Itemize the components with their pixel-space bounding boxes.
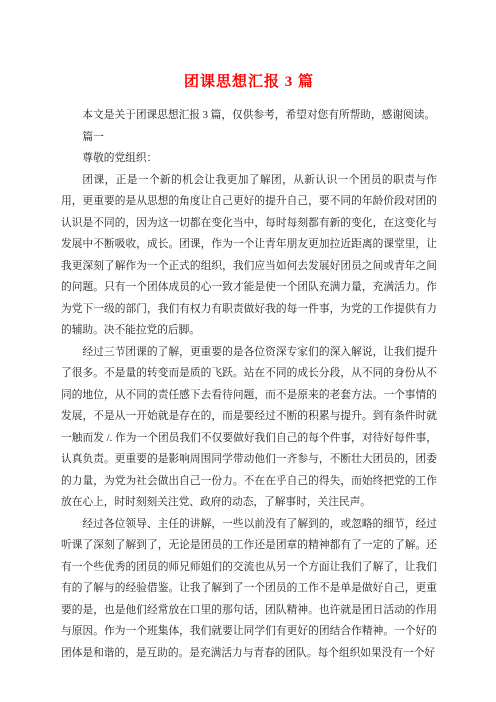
document-page: 团课思想汇报 3 篇 本文是关于团课思想汇报 3 篇，仅供参考，希望对您有所帮助… — [0, 0, 496, 702]
document-title: 团课思想汇报 3 篇 — [61, 72, 437, 92]
body-paragraph-1: 团课，正是一个新的机会让我更加了解团，从新认识一个团员的职责与作用，更重要的是从… — [61, 170, 437, 342]
section-label: 篇一 — [61, 127, 437, 149]
intro-paragraph: 本文是关于团课思想汇报 3 篇，仅供参考，希望对您有所帮助，感谢阅读。 — [61, 105, 437, 127]
document-content: 团课思想汇报 3 篇 本文是关于团课思想汇报 3 篇，仅供参考，希望对您有所帮助… — [61, 72, 437, 664]
salutation: 尊敬的党组织： — [61, 148, 437, 170]
body-paragraph-2: 经过三节团课的了解，更重要的是各位资深专家们的深入解说，让我们提升了很多。不是量… — [61, 342, 437, 514]
body-paragraph-3: 经过各位领导、主任的讲解，一些以前没有了解到的，或忽略的细节，经过听课了深刻了解… — [61, 514, 437, 665]
